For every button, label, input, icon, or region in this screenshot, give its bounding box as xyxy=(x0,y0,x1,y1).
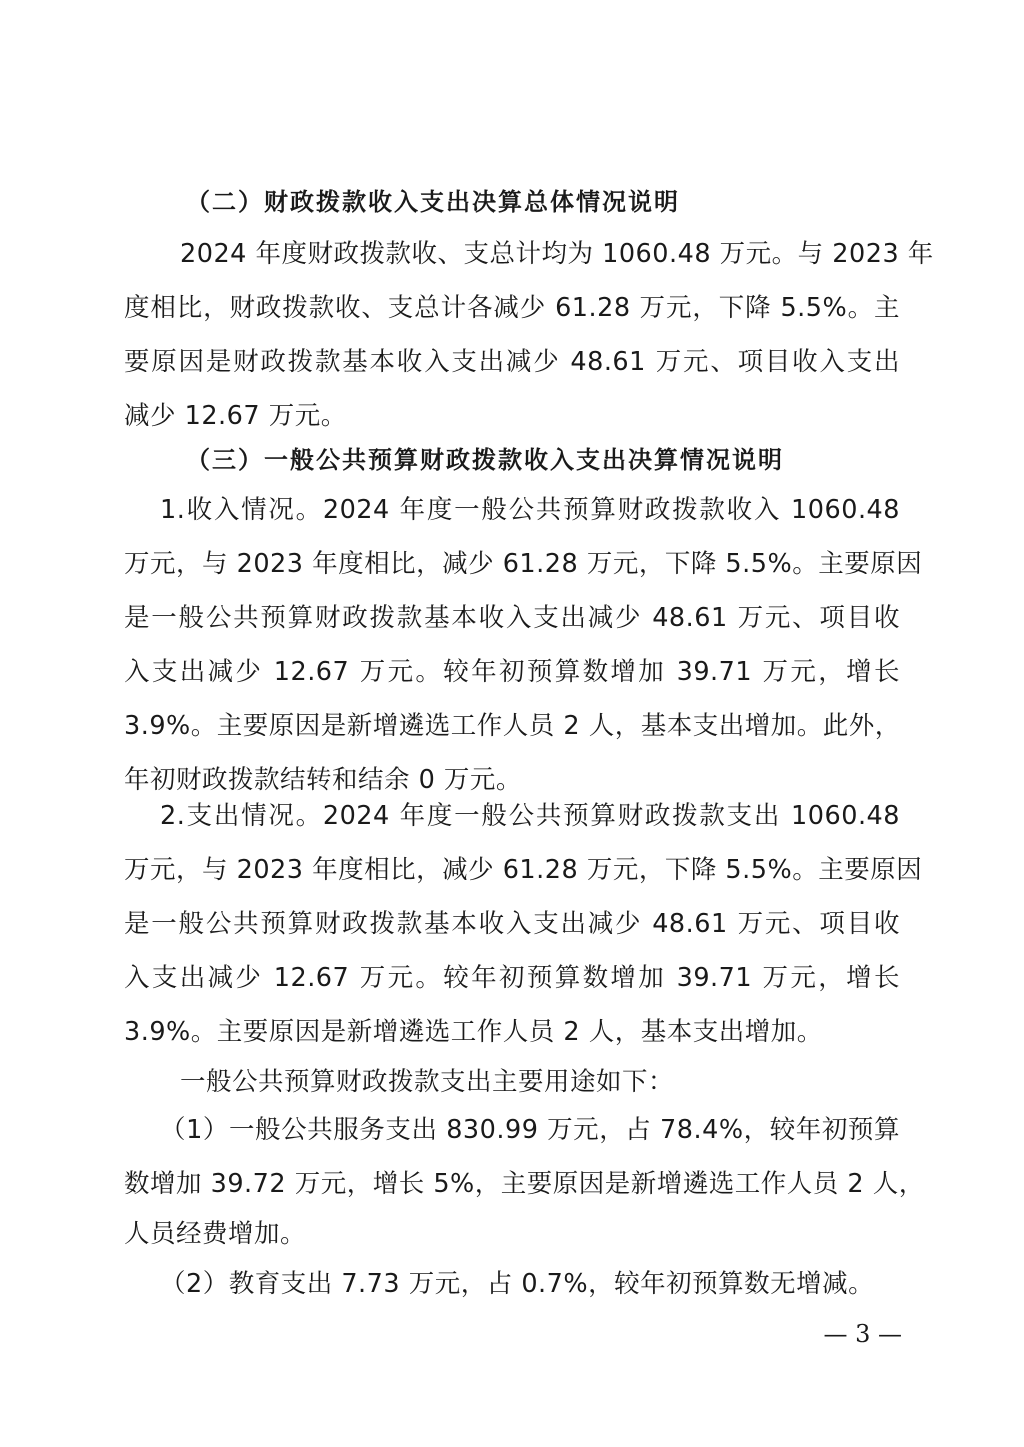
paragraph-line: 3.9%。主要原因是新增遴选工作人员 2 人，基本支出增加。此外， xyxy=(124,710,900,742)
paragraph-line: 度相比，财政拨款收、支总计各减少 61.28 万元，下降 5.5%。主 xyxy=(124,292,900,324)
paragraph-line: 减少 12.67 万元。 xyxy=(124,400,900,432)
page-number: — 3 — xyxy=(823,1318,902,1350)
paragraph-line: （1）一般公共服务支出 830.99 万元，占 78.4%，较年初预算 xyxy=(160,1114,900,1146)
paragraph-line: 入支出减少 12.67 万元。较年初预算数增加 39.71 万元，增长 xyxy=(124,656,900,688)
paragraph-line: 年初财政拨款结转和结余 0 万元。 xyxy=(124,764,900,796)
paragraph-line: 万元，与 2023 年度相比，减少 61.28 万元，下降 5.5%。主要原因 xyxy=(124,548,900,580)
paragraph-line: 数增加 39.72 万元，增长 5%，主要原因是新增遴选工作人员 2 人， xyxy=(124,1168,900,1200)
paragraph-line: 3.9%。主要原因是新增遴选工作人员 2 人，基本支出增加。 xyxy=(124,1016,900,1048)
paragraph-line: 要原因是财政拨款基本收入支出减少 48.61 万元、项目收入支出 xyxy=(124,346,900,378)
paragraph-line: 2.支出情况。2024 年度一般公共预算财政拨款支出 1060.48 xyxy=(160,800,900,832)
paragraph-line: 2024 年度财政拨款收、支总计均为 1060.48 万元。与 2023 年 xyxy=(180,238,900,270)
section-heading-2: （二）财政拨款收入支出决算总体情况说明 xyxy=(186,186,962,218)
paragraph-line: 万元，与 2023 年度相比，减少 61.28 万元，下降 5.5%。主要原因 xyxy=(124,854,900,886)
paragraph-line: 入支出减少 12.67 万元。较年初预算数增加 39.71 万元，增长 xyxy=(124,962,900,994)
section-heading-3: （三）一般公共预算财政拨款收入支出决算情况说明 xyxy=(186,444,962,476)
paragraph-line: 是一般公共预算财政拨款基本收入支出减少 48.61 万元、项目收 xyxy=(124,602,900,634)
document-page: （二）财政拨款收入支出决算总体情况说明 2024 年度财政拨款收、支总计均为 1… xyxy=(0,0,1024,1447)
paragraph-line: （2）教育支出 7.73 万元，占 0.7%，较年初预算数无增减。 xyxy=(160,1268,936,1300)
paragraph-line: 一般公共预算财政拨款支出主要用途如下： xyxy=(180,1066,956,1098)
paragraph-line: 是一般公共预算财政拨款基本收入支出减少 48.61 万元、项目收 xyxy=(124,908,900,940)
paragraph-line: 1.收入情况。2024 年度一般公共预算财政拨款收入 1060.48 xyxy=(160,494,900,526)
paragraph-line: 人员经费增加。 xyxy=(124,1218,900,1250)
